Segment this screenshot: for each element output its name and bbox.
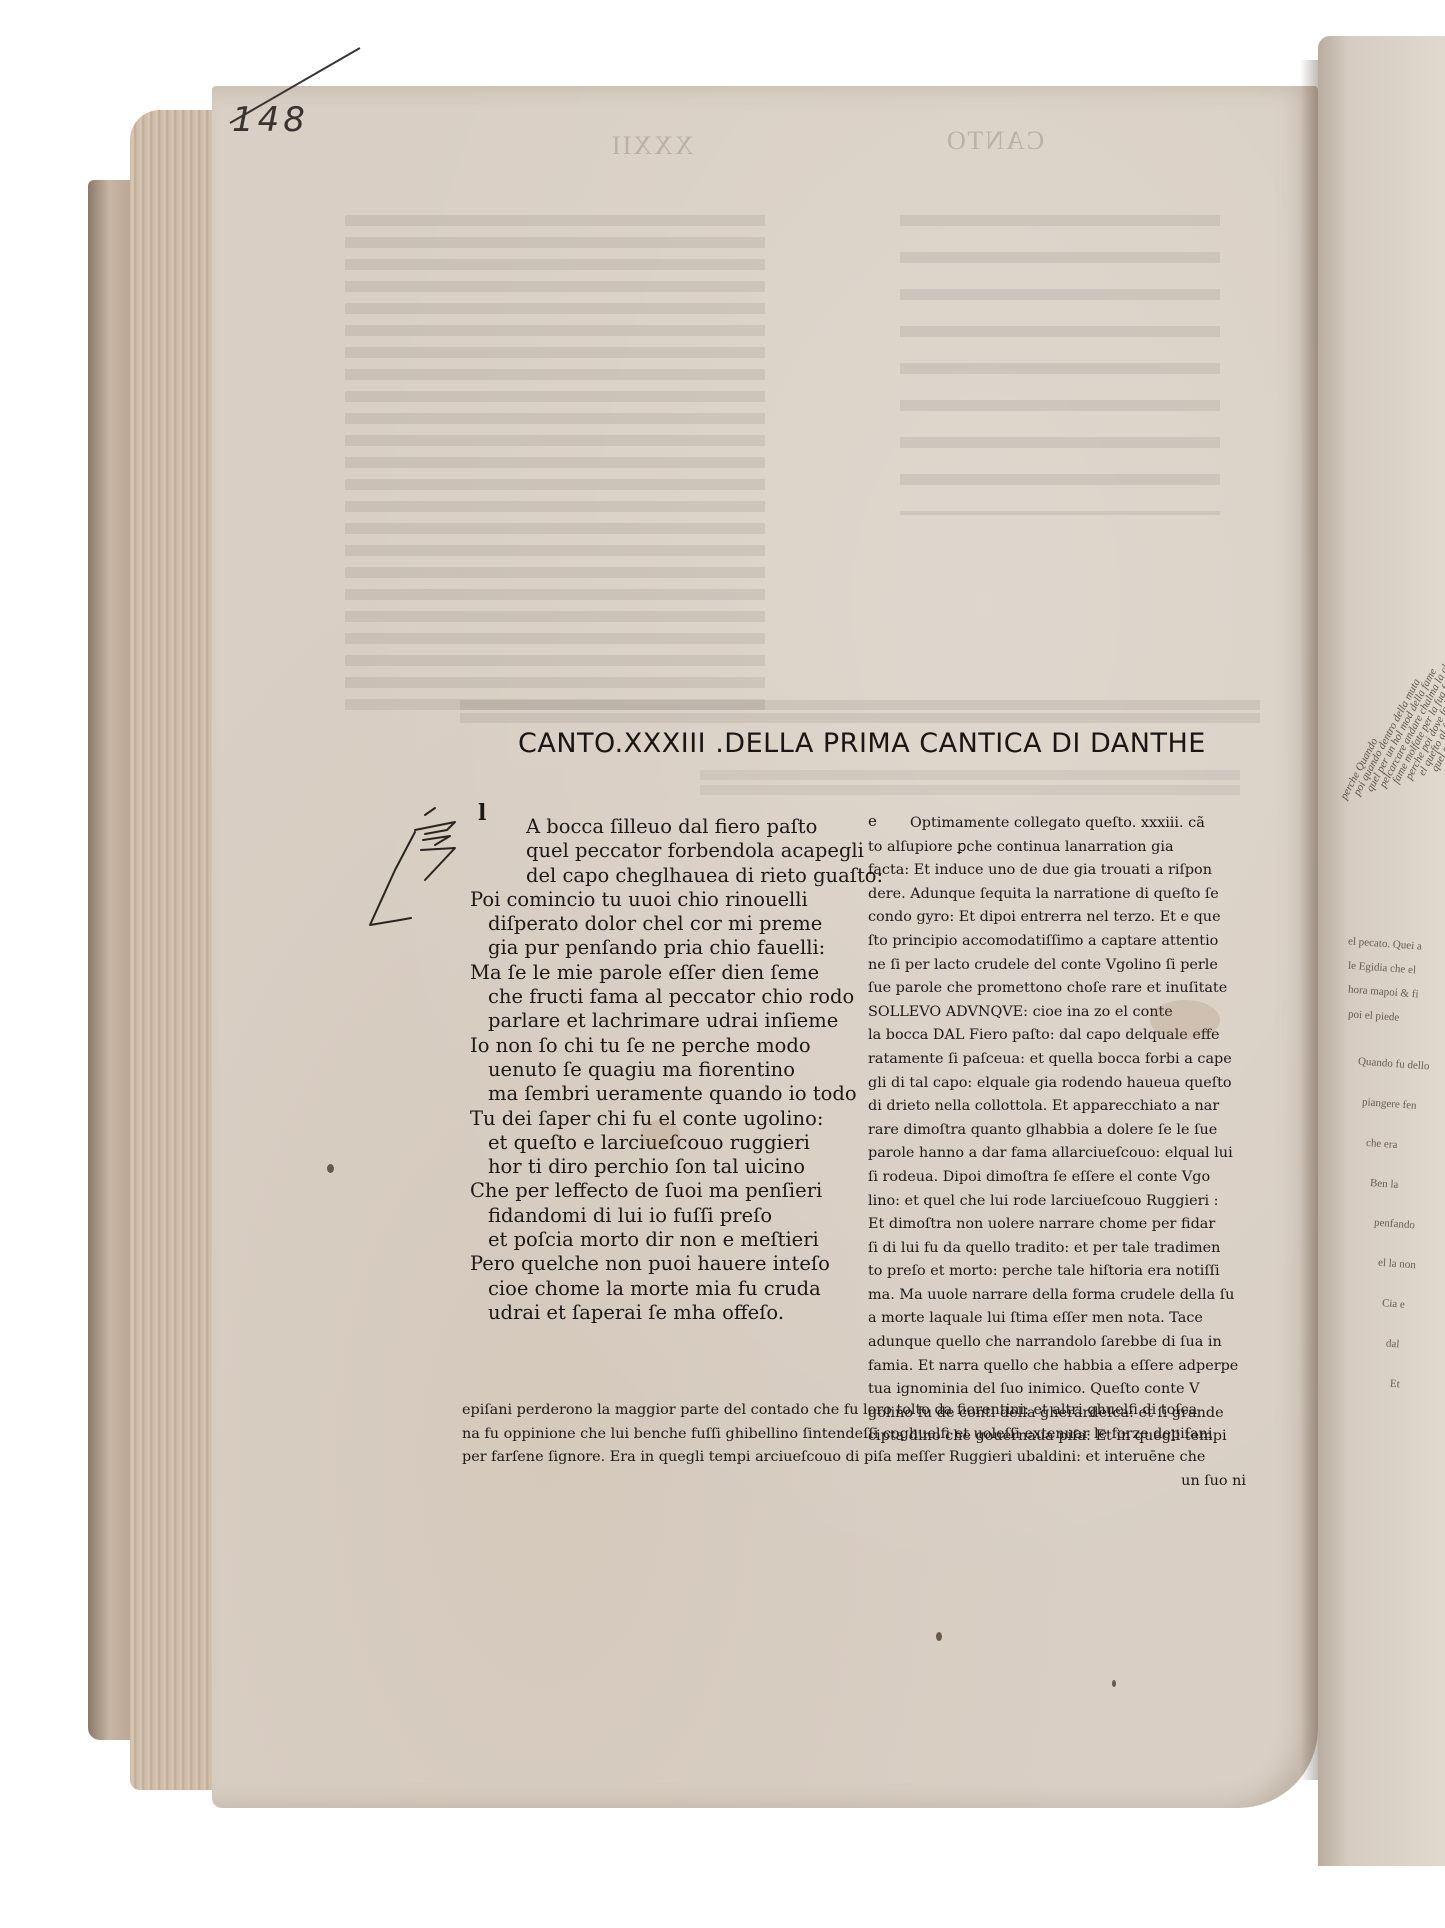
poem-line: Io non ſo chi tu ſe ne perche modo	[470, 1034, 890, 1058]
poem-line: Ma ſe le mie parole eſſer dien ſeme	[470, 961, 890, 985]
right-page-fragment: che era	[1365, 1135, 1397, 1153]
right-page-fragment: hora mapoi & fi	[1348, 982, 1420, 1003]
right-page: perche Quandopoi quando dentro della mut…	[1318, 36, 1445, 1866]
poem-line: ma ſembri ueramente quando io todo	[470, 1082, 890, 1106]
poem-line: del capo cheglhauea di rieto guaſto:	[470, 864, 890, 888]
right-page-fragment: el pecato. Quei a	[1348, 933, 1423, 954]
poem-line: Tu dei ſaper chi fu el conte ugolino:	[470, 1107, 890, 1131]
canto-heading: CANTO.XXXIII .DELLA PRIMA CANTICA DI DAN…	[518, 728, 1206, 759]
right-page-fragment: Ben la	[1369, 1175, 1398, 1193]
full-width-commentary: epiſani perderono la maggior parte del c…	[462, 1399, 1252, 1493]
commentary-line: gli di tal capo: elquale gia rodendo hau…	[868, 1072, 1248, 1096]
ghost-band-lower	[700, 770, 1240, 800]
right-page-fragment: Et	[1389, 1376, 1400, 1393]
commentary-line: ratamente ſi paſceua: et quella bocca fo…	[868, 1048, 1248, 1072]
foxing-stain	[640, 1120, 680, 1150]
poem-line: diſperato dolor chel cor mi preme	[470, 912, 890, 936]
commentary-line: to alſupiore ꝑche continua lanarration g…	[868, 836, 1248, 860]
ghost-column-left	[345, 215, 765, 715]
catchword: un ſuo ni	[462, 1470, 1252, 1494]
right-page-fragment: poi el piede	[1348, 1006, 1400, 1026]
poem-line: fidandomi di lui io fuſſi preſo	[470, 1204, 890, 1228]
folio-annotation: 148	[232, 100, 309, 140]
poem-line: uenuto ſe quagiu ma fiorentino	[470, 1058, 890, 1082]
commentary-line: famia. Et narra quello che habbia a eſſe…	[868, 1355, 1248, 1379]
full-width-line: na fu oppinione che lui benche fuſſi ghi…	[462, 1423, 1252, 1447]
commentary-line: ſi di lui fu da quello tradito: et per t…	[868, 1237, 1248, 1261]
commentary-line: Et dimoſtra non uolere narrare chome per…	[868, 1213, 1248, 1237]
poem-line: et queſto e larciueſcouo ruggieri	[470, 1131, 890, 1155]
poem-column: A bocca ſilleuo dal fiero paſtoquel pecc…	[470, 815, 890, 1325]
right-page-fragment: Quando fu dello	[1358, 1054, 1430, 1075]
poem-line: hor ti diro perchio ſon tal uicino	[470, 1155, 890, 1179]
commentary-line: ne ſi per lacto crudele del conte Vgolin…	[868, 954, 1248, 978]
poem-line: che fructi fama al peccator chio rodo	[470, 985, 890, 1009]
poem-line: Che per leffecto de ſuoi ma penſieri	[470, 1179, 890, 1203]
commentary-line: a morte laquale lui ſtima eſſer men nota…	[868, 1307, 1248, 1331]
commentary-line: Optimamente collegato queſto. xxxiii. cã	[868, 812, 1248, 836]
ink-spot	[1112, 1680, 1116, 1687]
ghost-header-right: CANTO	[945, 130, 1044, 152]
commentary-line: lino: et quel che lui rode larciueſcouo …	[868, 1190, 1248, 1214]
commentary-line: facta: Et induce uno de due gia trouati …	[868, 859, 1248, 883]
poem-line: cioe chome la morte mia fu cruda	[470, 1277, 890, 1301]
poem-line: udrai et ſaperai ſe mha offeſo.	[470, 1301, 890, 1325]
ink-spot	[327, 1164, 334, 1173]
commentary-line: ſi rodeua. Dipoi dimoſtra ſe eſſere el c…	[868, 1166, 1248, 1190]
commentary-line: ma. Ma uuole narrare della forma crudele…	[868, 1284, 1248, 1308]
ghost-column-right	[900, 215, 1220, 515]
commentary-line: condo gyro: Et dipoi entrerra nel terzo.…	[868, 906, 1248, 930]
commentary-line: rare dimoſtra quanto glhabbia a dolere ſ…	[868, 1119, 1248, 1143]
poem-line: Pero quelche non puoi hauere inteſo	[470, 1252, 890, 1276]
ghost-band-upper	[460, 700, 1260, 726]
full-width-line: epiſani perderono la maggior parte del c…	[462, 1399, 1252, 1423]
commentary-line: dere. Adunque ſequita la narratione di q…	[868, 883, 1248, 907]
ghost-header-left: XXXII	[610, 135, 694, 157]
foxing-stain	[1150, 1000, 1220, 1040]
commentary-line: ſue parole che promettono choſe rare et …	[868, 977, 1248, 1001]
commentary-line: ſto principio accomodatiſſimo a captare …	[868, 930, 1248, 954]
poem-line: Poi comincio tu uuoi chio rinouelli	[470, 888, 890, 912]
poem-line: et poſcia morto dir non e meſtieri	[470, 1228, 890, 1252]
full-width-line: per farſene ſignore. Era in quegli tempi…	[462, 1446, 1252, 1470]
manicule-icon	[355, 800, 465, 930]
ink-spot	[936, 1632, 942, 1641]
right-page-fragment: Cia e	[1381, 1295, 1405, 1313]
commentary-column: Optimamente collegato queſto. xxxiii. cã…	[868, 812, 1248, 1449]
right-page-fragment: penfando	[1373, 1215, 1415, 1234]
poem-line: parlare et lachrimare udrai inſieme	[470, 1009, 890, 1033]
commentary-line: di drieto nella collottola. Et apparecch…	[868, 1095, 1248, 1119]
commentary-line: to preſo et morto: perche tale hiſtoria …	[868, 1260, 1248, 1284]
poem-line: quel peccator forbendola acapegli	[470, 839, 890, 863]
right-page-fragment: le Egidia che el	[1348, 958, 1417, 979]
book-page-edges	[130, 110, 220, 1790]
right-page-fragment: piangere fen	[1362, 1094, 1418, 1114]
poem-line: A bocca ſilleuo dal fiero paſto	[470, 815, 890, 839]
right-page-fragment: dal	[1385, 1336, 1400, 1353]
commentary-line: adunque quello che narrandolo ſarebbe di…	[868, 1331, 1248, 1355]
commentary-line: parole hanno a dar fama allarciueſcouo: …	[868, 1142, 1248, 1166]
poem-line: gia pur penſando pria chio fauelli:	[470, 936, 890, 960]
right-page-fragment: el la non	[1377, 1255, 1416, 1274]
